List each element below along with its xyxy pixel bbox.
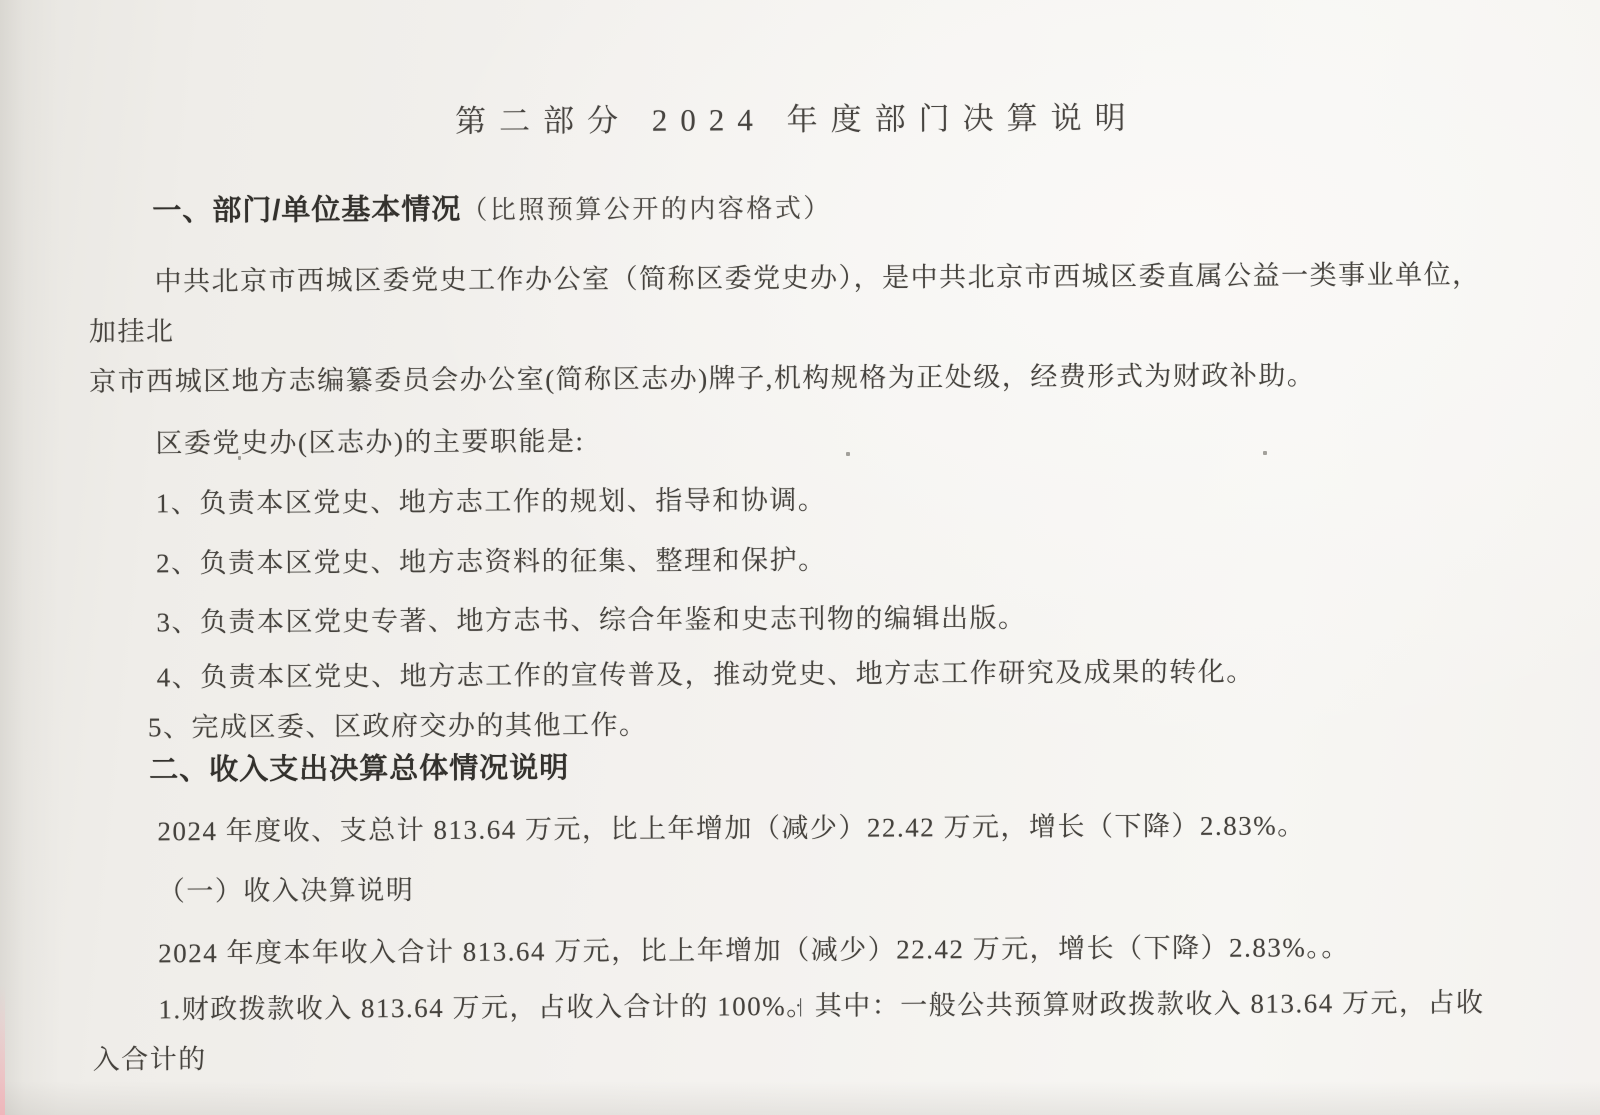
budget-total-summary: 2024 年度收、支总计 813.64 万元，比上年增加（减少）22.42 万元… <box>91 799 1509 856</box>
duty-item-3: 3、负责本区党史专著、地方志书、综合年鉴和史志刊物的编辑出版。 <box>90 590 1508 647</box>
page-number-mark: ·| <box>795 995 800 1018</box>
scanned-page: 第二部分 2024 年度部门决算说明 一、部门/单位基本情况（比照预算公开的内容… <box>0 0 1600 1115</box>
section-basic-heading: 一、部门/单位基本情况（比照预算公开的内容格式） <box>88 186 1506 230</box>
section-basic-heading-note: （比照预算公开的内容格式） <box>461 194 832 225</box>
income-summary: 2024 年度本年收入合计 813.64 万元，比上年增加（减少）22.42 万… <box>92 921 1510 978</box>
scan-edge-artifact <box>0 985 5 1115</box>
scan-speck <box>846 452 850 456</box>
page-content: 第二部分 2024 年度部门决算说明 一、部门/单位基本情况（比照预算公开的内容… <box>0 0 1600 1085</box>
fiscal-allocation-detail: 1.财政拨款收入 813.64 万元，占收入合计的 100%。其中：一般公共预算… <box>92 977 1511 1084</box>
duty-item-1: 1、负责本区党史、地方志工作的规划、指导和协调。 <box>90 471 1508 528</box>
duty-item-2: 2、负责本区党史、地方志资料的征集、整理和保护。 <box>90 531 1508 588</box>
income-subheading: （一）收入决算说明 <box>92 859 1510 916</box>
section-basic-heading-text: 一、部门/单位基本情况 <box>152 194 461 228</box>
org-intro-line-2: 京市西城区地方志编纂委员会办公室(简称区志办)牌子,机构规格为正处级，经费形式为… <box>89 349 1507 406</box>
duty-item-5: 5、完成区委、区政府交办的其他工作。 <box>91 695 1509 752</box>
duties-intro: 区委党史办(区志办)的主要职能是: <box>89 411 1507 468</box>
duty-item-4: 4、负责本区党史、地方志工作的宣传普及，推动党史、地方志工作研究及成果的转化。 <box>91 645 1509 702</box>
document-title: 第二部分 2024 年度部门决算说明 <box>88 94 1506 145</box>
scan-speck <box>238 456 241 460</box>
org-intro-paragraph: 中共北京市西城区委党史工作办公室（简称区委党史办），是中共北京市西城区委直属公益… <box>89 249 1508 406</box>
org-intro-line-1: 中共北京市西城区委党史工作办公室（简称区委党史办），是中共北京市西城区委直属公益… <box>89 249 1508 356</box>
section-budget-heading: 二、收入支出决算总体情况说明 <box>91 745 1509 788</box>
scan-speck <box>1263 451 1267 455</box>
